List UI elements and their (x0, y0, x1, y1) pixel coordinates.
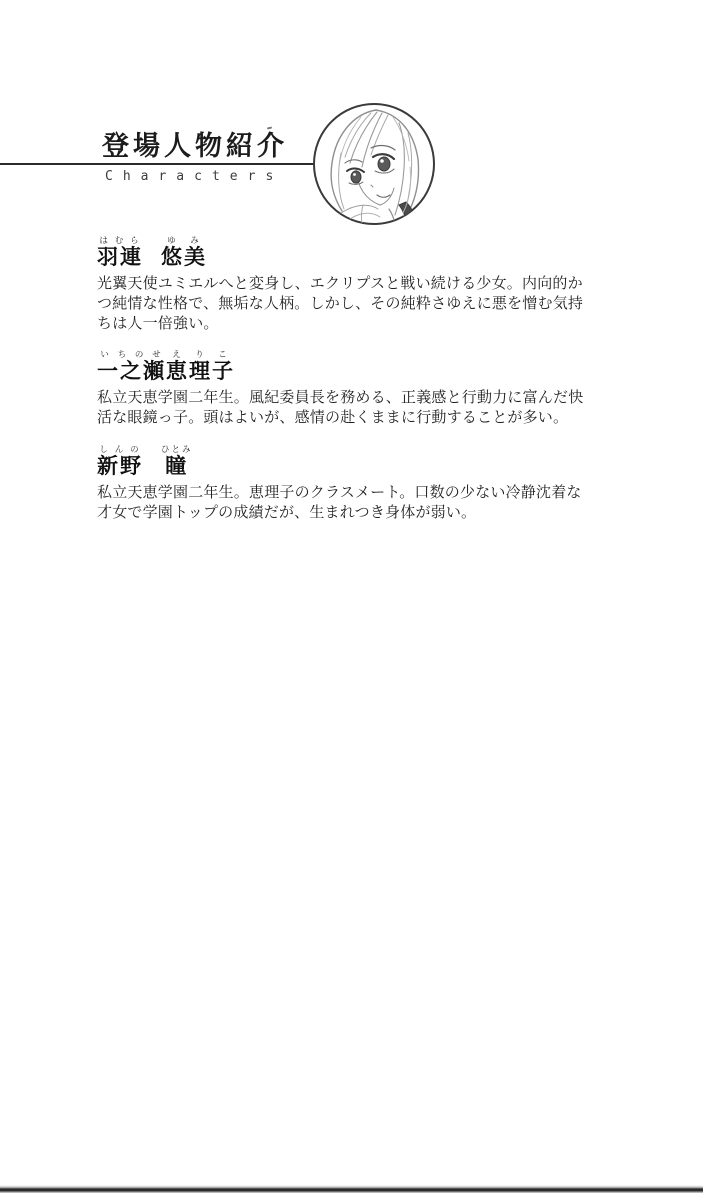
character-name: 新野しんの瞳ひとみ (97, 445, 609, 476)
character-given-name: 瞳ひとみ (161, 453, 193, 478)
given-name-text: 瞳 (161, 453, 193, 478)
given-name-furigana: ゆみ (161, 236, 207, 246)
surname-text: 新野 (97, 453, 143, 478)
page-title: 登場人物紹介 (102, 124, 288, 163)
page-subtitle: Characters (105, 169, 283, 184)
given-name-text: 悠美 (161, 244, 207, 269)
surname-furigana: はむら (97, 236, 143, 246)
header-rule (0, 163, 316, 165)
book-page: 登場人物紹介 Characters (0, 0, 703, 1200)
character-surname: 一之瀬いちのせ (97, 350, 166, 381)
portrait-illustration (311, 101, 437, 227)
character-description: 私立天恵学園二年生。風紀委員長を務める、正義感と行動力に富んだ快 活な眼鏡っ子。… (97, 387, 609, 427)
page-edge-artifact (0, 1185, 703, 1193)
given-name-furigana: ひとみ (161, 445, 193, 455)
surname-furigana: しんの (97, 445, 143, 455)
character-description: 光翼天使ユミエルへと変身し、エクリプスと戦い続ける少女。内向的か つ純情な性格で… (97, 273, 609, 333)
surname-text: 羽連 (97, 244, 143, 269)
character-name: 羽連はむら悠美ゆみ (97, 236, 609, 267)
character-entry: 羽連はむら悠美ゆみ 光翼天使ユミエルへと変身し、エクリプスと戦い続ける少女。内向… (97, 236, 609, 333)
given-name-furigana: えりこ (166, 350, 235, 360)
character-given-name: 恵理子えりこ (166, 358, 235, 383)
character-entry: 新野しんの瞳ひとみ 私立天恵学園二年生。恵理子のクラスメート。口数の少ない冷静沈… (97, 445, 609, 522)
surname-text: 一之瀬 (97, 358, 166, 383)
character-name: 一之瀬いちのせ恵理子えりこ (97, 350, 609, 381)
given-name-text: 恵理子 (166, 358, 235, 383)
character-description: 私立天恵学園二年生。恵理子のクラスメート。口数の少ない冷静沈着な 才女で学園トッ… (97, 482, 609, 522)
character-entry: 一之瀬いちのせ恵理子えりこ 私立天恵学園二年生。風紀委員長を務める、正義感と行動… (97, 350, 609, 427)
character-given-name: 悠美ゆみ (161, 244, 207, 269)
surname-furigana: いちのせ (97, 350, 166, 360)
character-surname: 新野しんの (97, 445, 161, 476)
portrait-frame (311, 101, 437, 227)
character-surname: 羽連はむら (97, 236, 161, 267)
